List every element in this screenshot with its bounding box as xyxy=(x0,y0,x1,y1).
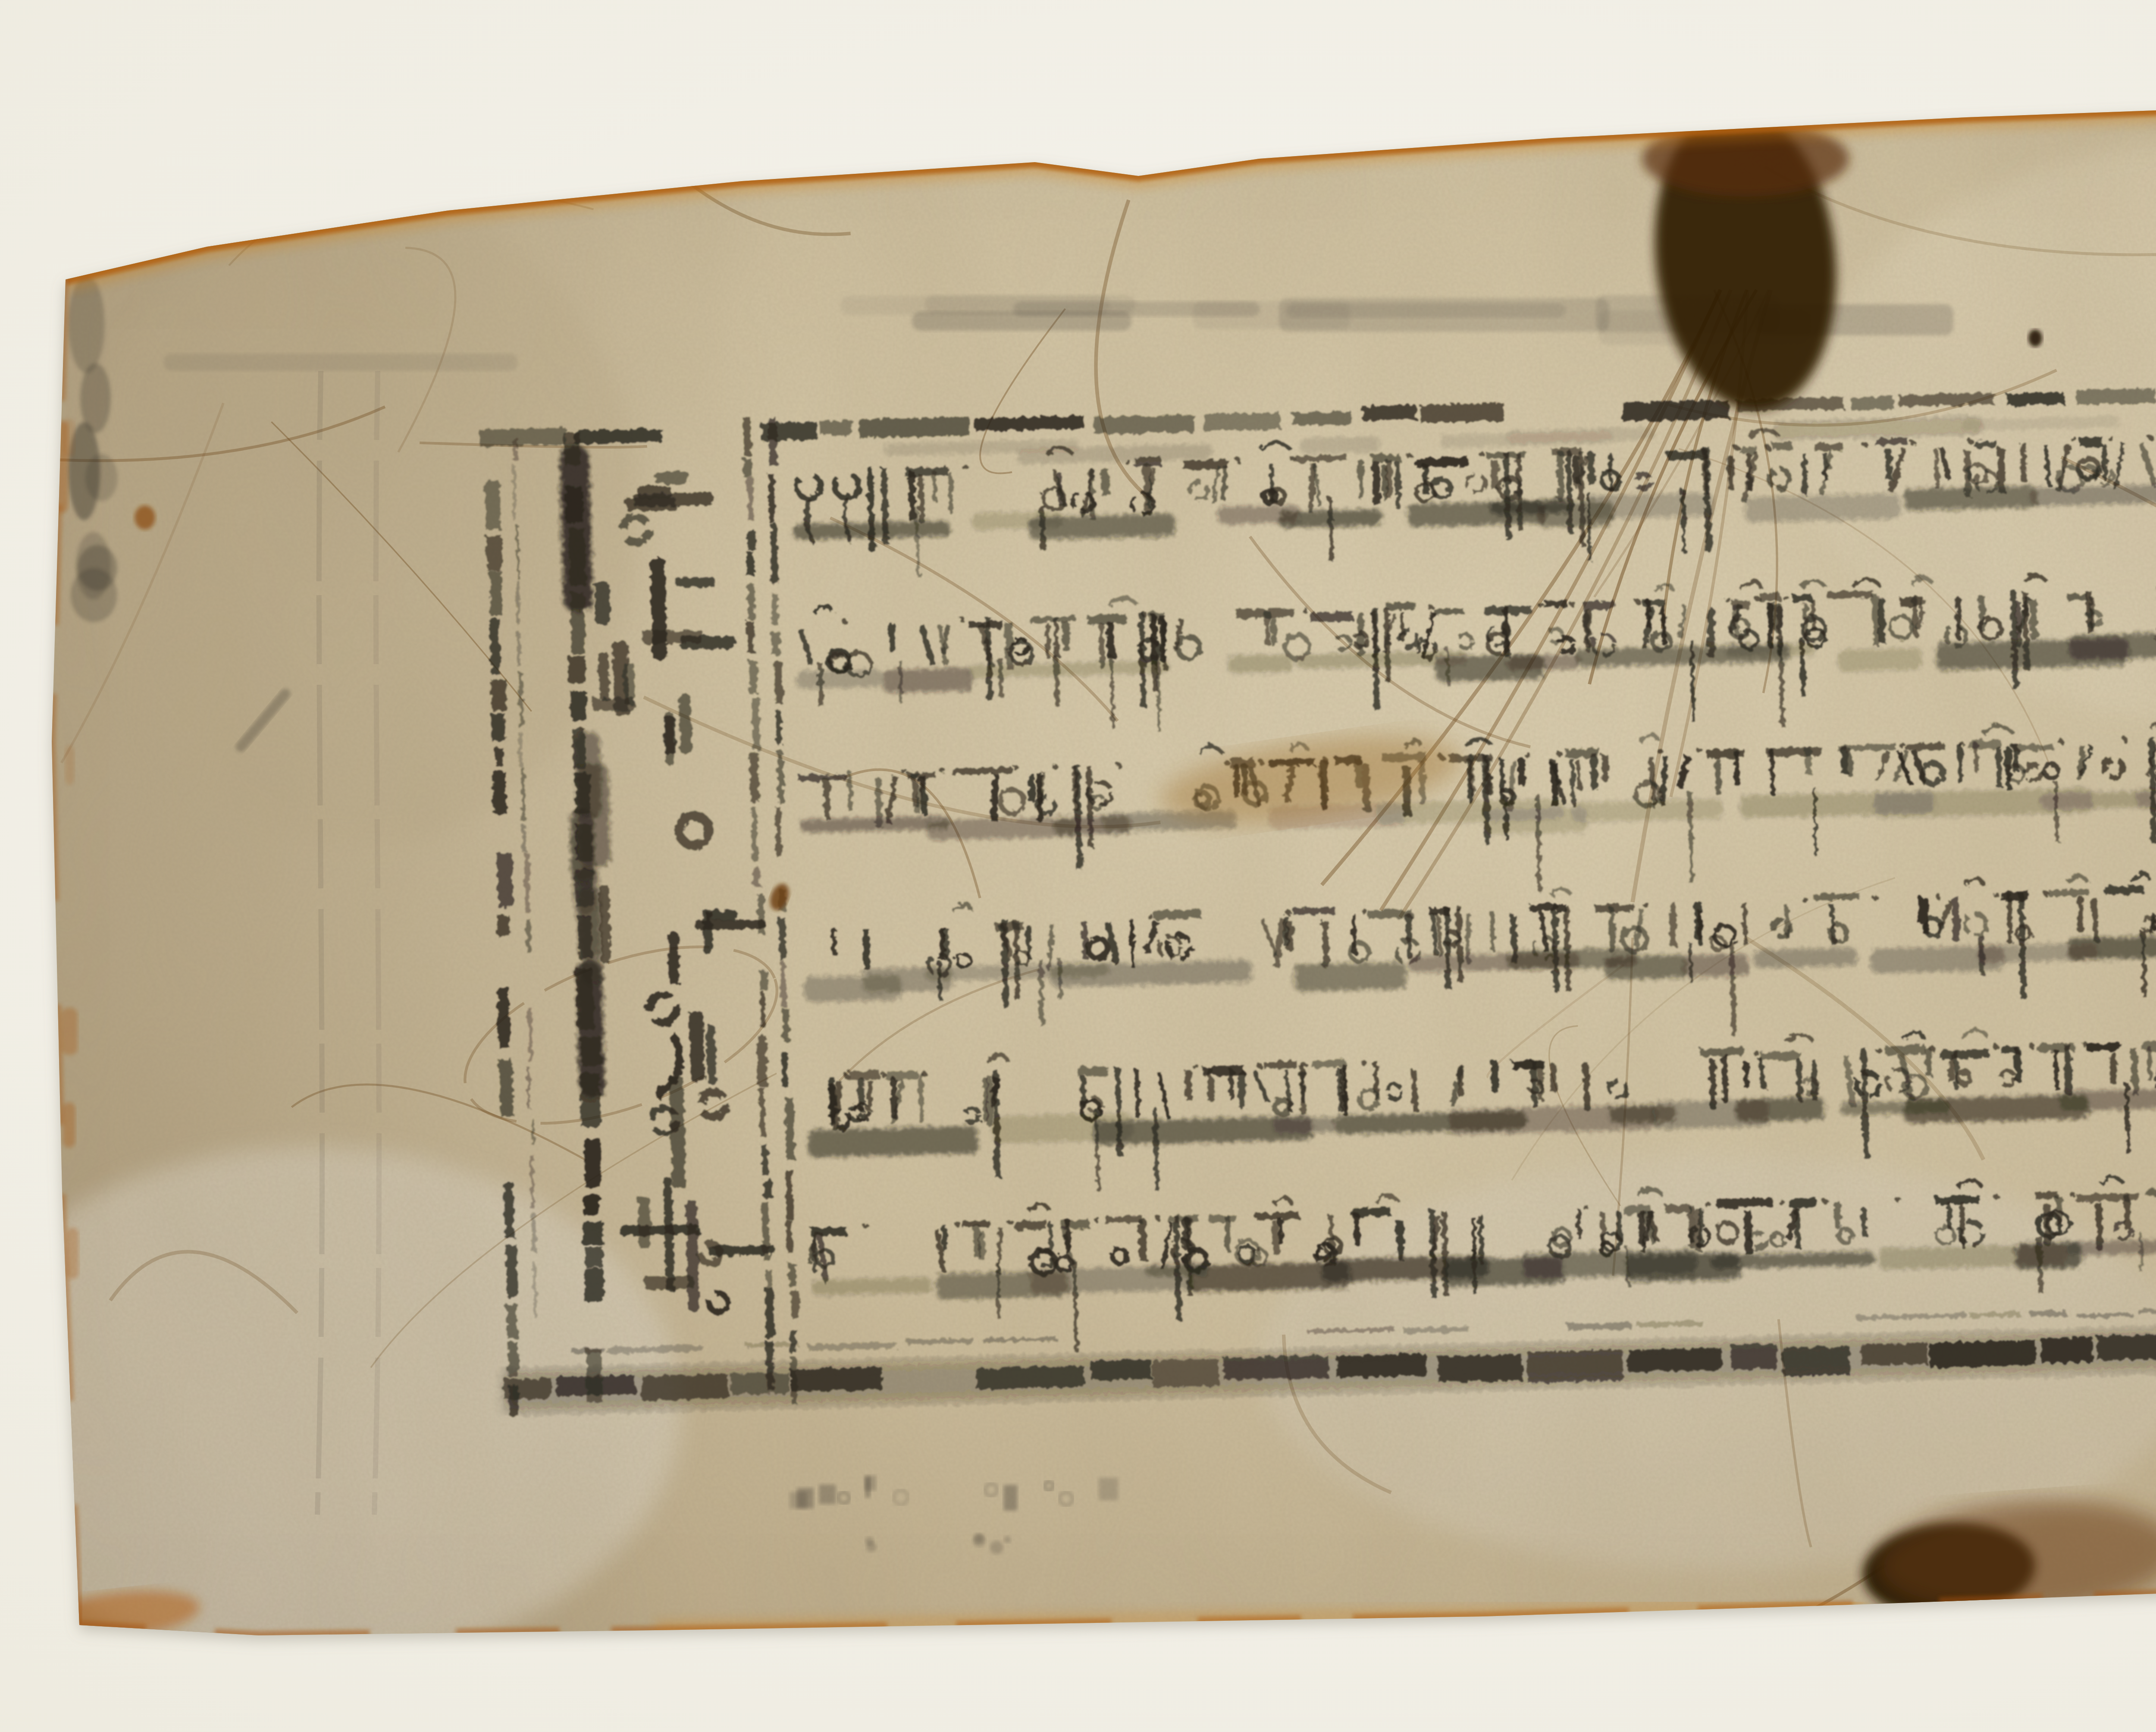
manuscript-photo xyxy=(0,0,2156,1732)
photo-stage xyxy=(0,0,2156,1732)
